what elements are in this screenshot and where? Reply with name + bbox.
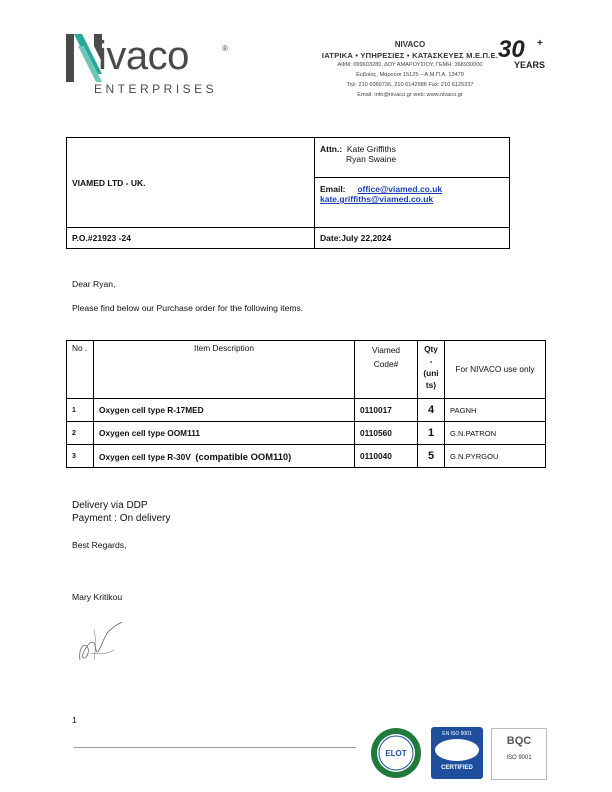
recipient-table: VIAMED LTD - UK. Attn.: Kate Griffiths R…: [66, 137, 510, 249]
row-qty: 1: [418, 422, 445, 445]
page-number: 1: [72, 715, 77, 725]
attn-label: Attn.:: [320, 144, 342, 154]
header-description: Item Description: [94, 341, 355, 399]
signatory-name: Mary Kritikou: [72, 592, 122, 602]
attn-name-2: Ryan Swaine: [320, 154, 504, 164]
delivery-terms: Delivery via DDP: [72, 500, 148, 511]
email-link-kate[interactable]: kate.griffiths@viamed.co.uk: [320, 194, 433, 204]
table-row: 2 Oxygen cell type OOM111 0110560 1 G.N.…: [67, 422, 546, 445]
signature-icon: [74, 620, 130, 666]
items-table: No . Item Description Viamed Code# Qty -…: [66, 340, 546, 468]
svg-text:ELOT: ELOT: [385, 749, 406, 758]
company-address: Ευβοίας, Μαρούσι 15125 – Α.Μ.Π.Α. 13479: [320, 70, 500, 80]
footer-divider: [74, 747, 356, 748]
anniversary-label: YEARS: [514, 60, 545, 70]
row-no: 3: [67, 445, 94, 468]
po-number: P.O.#21923 -24: [67, 228, 315, 249]
row-description: Oxygen cell type OOM111: [94, 422, 355, 445]
po-date: Date:July 22,2024: [315, 228, 510, 249]
company-name: NIVACO: [320, 40, 500, 49]
row-description: Oxygen cell type R-30V (compatible OOM11…: [94, 445, 355, 468]
anniversary-plus: +: [537, 38, 543, 49]
registered-mark: ®: [222, 44, 228, 53]
header-nivaco-use: For NIVACO use only: [445, 341, 546, 399]
row-nivaco-note: G.N.PATRON: [445, 422, 546, 445]
row-qty: 5: [418, 445, 445, 468]
attn-name-1: Kate Griffiths: [347, 144, 396, 154]
anniversary-badge: 30 + YEARS: [498, 38, 552, 74]
intro-text: Please find below our Purchase order for…: [72, 303, 303, 313]
row-nivaco-note: PAGNH: [445, 399, 546, 422]
nivaco-logo: ivaco ® ENTERPRISES: [64, 30, 234, 100]
email-cell: Email: office@viamed.co.uk kate.griffith…: [315, 178, 510, 228]
email-link-office[interactable]: office@viamed.co.uk: [357, 184, 442, 194]
logo-subtitle: ENTERPRISES: [94, 82, 217, 96]
email-label: Email:: [320, 184, 346, 194]
row-code: 0110040: [355, 445, 418, 468]
row-description: Oxygen cell type R-17MED: [94, 399, 355, 422]
company-tax: ΑΦΜ: 099603280, ΔΟΥ ΑΜΑΡΟΥΣΙΟΥ, ΓΕΜΗ: 36…: [320, 60, 500, 70]
row-qty: 4: [418, 399, 445, 422]
payment-terms: Payment : On delivery: [72, 513, 170, 524]
row-code: 0110017: [355, 399, 418, 422]
row-no: 2: [67, 422, 94, 445]
row-nivaco-note: G.N.PYRGOU: [445, 445, 546, 468]
company-details: NIVACO ΙΑΤΡΙΚΑ • ΥΠΗΡΕΣΙΕΣ • ΚΑΤΑΣΚΕΥΕΣ …: [320, 40, 500, 100]
client-name: VIAMED LTD - UK.: [67, 138, 315, 228]
header-qty: Qty - (uni ts): [418, 341, 445, 399]
company-activity: ΙΑΤΡΙΚΑ • ΥΠΗΡΕΣΙΕΣ • ΚΑΤΑΣΚΕΥΕΣ Μ.Ε.Π.Ε…: [320, 51, 500, 60]
table-row: 3 Oxygen cell type R-30V (compatible OOM…: [67, 445, 546, 468]
company-web: Email: info@nivaco.gr web: www.nivaco.gr: [320, 90, 500, 100]
header-no: No .: [67, 341, 94, 399]
row-code: 0110560: [355, 422, 418, 445]
elot-certification-icon: ELOT: [370, 727, 422, 779]
table-row: 1 Oxygen cell type R-17MED 0110017 4 PAG…: [67, 399, 546, 422]
logo-wordmark: ivaco: [98, 34, 189, 79]
header-code: Viamed Code#: [355, 341, 418, 399]
iso-9001-certification-icon: EN ISO 9001 CERTIFIED: [431, 727, 483, 779]
bqc-certification-icon: BQC ISO 9001: [491, 728, 547, 780]
company-phone: Τηλ: 210 6069736, 210 6142586 Fax: 210 6…: [320, 80, 500, 90]
greeting: Dear Ryan,: [72, 279, 115, 289]
attn-cell: Attn.: Kate Griffiths Ryan Swaine: [315, 138, 510, 178]
regards: Best Regards,: [72, 540, 126, 550]
row-no: 1: [67, 399, 94, 422]
